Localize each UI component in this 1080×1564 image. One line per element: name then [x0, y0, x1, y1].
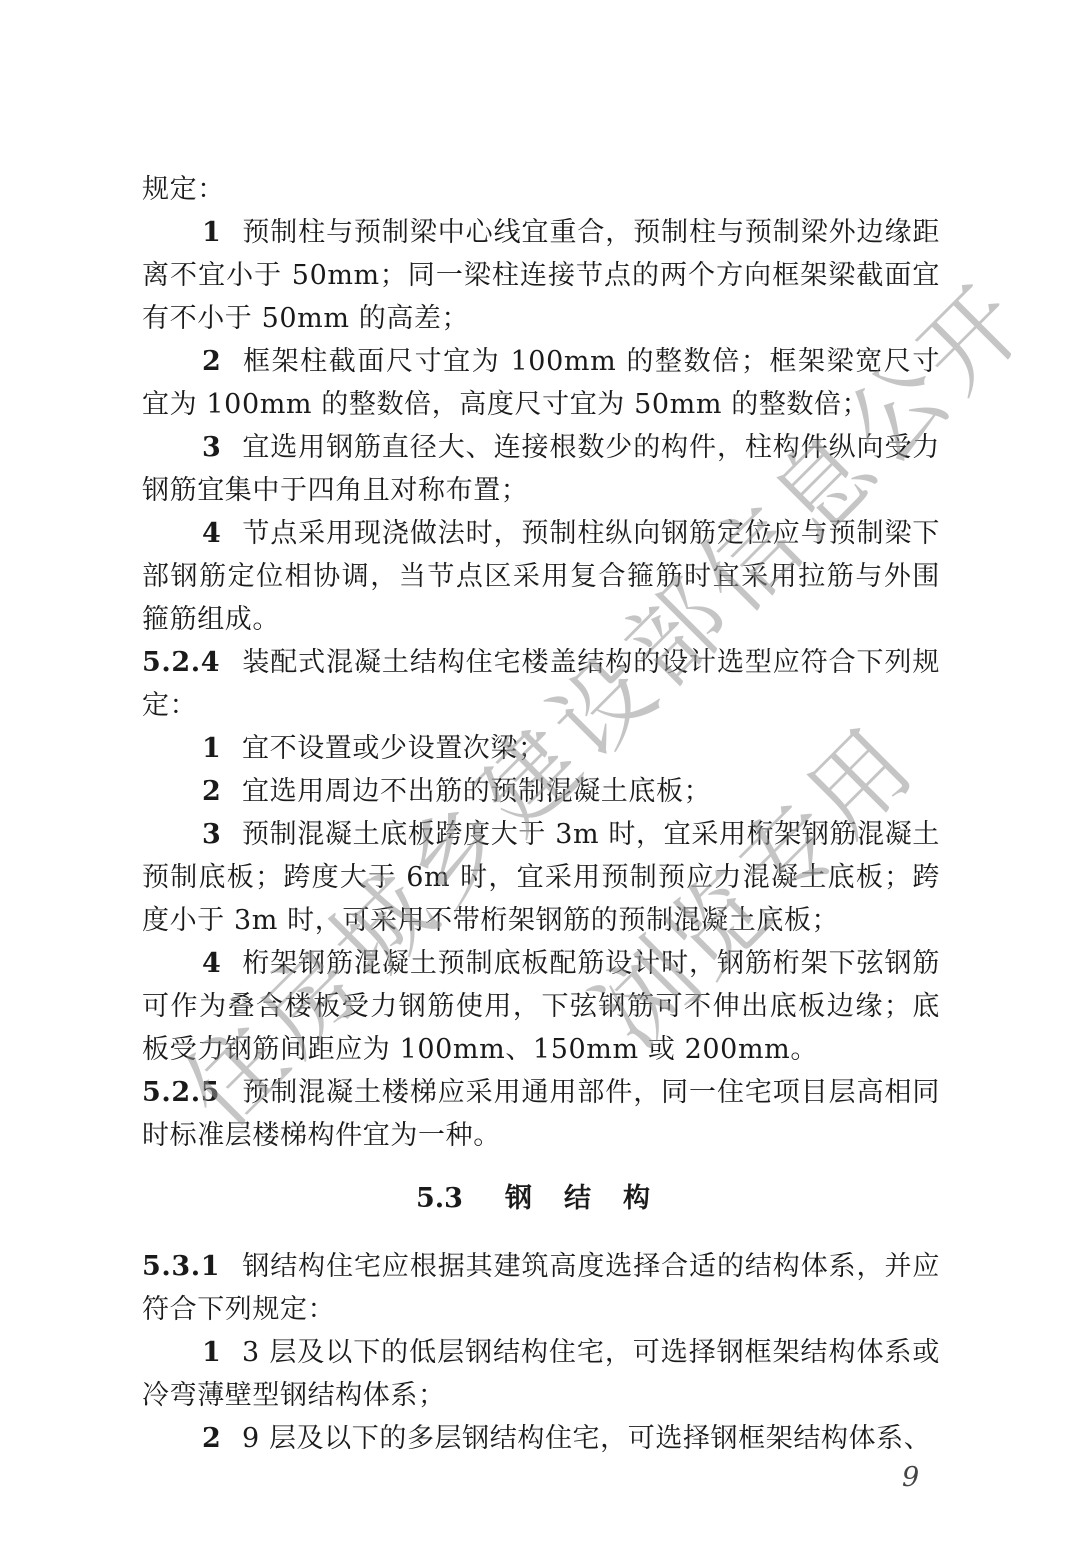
paragraph-continuation: 规定： — [142, 168, 940, 211]
list-item: 3宜选用钢筋直径大、连接根数少的构件，柱构件纵向受力钢筋宜集中于四角且对称布置； — [142, 426, 940, 512]
item-text: 预制混凝土底板跨度大于 3m 时，宜采用桁架钢筋混凝土预制底板；跨度大于 6m … — [142, 819, 940, 936]
item-number: 1 — [202, 727, 242, 770]
list-item: 29 层及以下的多层钢结构住宅，可选择钢框架结构体系、 — [142, 1417, 940, 1460]
section-title-char: 钢 — [505, 1177, 532, 1220]
list-item: 1预制柱与预制梁中心线宜重合，预制柱与预制梁外边缘距离不宜小于 50mm；同一梁… — [142, 211, 940, 340]
clause-text: 钢结构住宅应根据其建筑高度选择合适的结构体系，并应符合下列规定： — [142, 1251, 940, 1325]
item-text: 节点采用现浇做法时，预制柱纵向钢筋定位应与预制梁下部钢筋定位相协调，当节点区采用… — [142, 518, 940, 635]
list-item: 4节点采用现浇做法时，预制柱纵向钢筋定位应与预制梁下部钢筋定位相协调，当节点区采… — [142, 512, 940, 641]
section-heading: 5.3钢结构 — [142, 1177, 940, 1220]
list-item: 1宜不设置或少设置次梁； — [142, 727, 940, 770]
item-text: 桁架钢筋混凝土预制底板配筋设计时，钢筋桁架下弦钢筋可作为叠合楼板受力钢筋使用，下… — [142, 948, 940, 1065]
item-text: 宜不设置或少设置次梁； — [242, 733, 546, 764]
list-item: 2框架柱截面尺寸宜为 100mm 的整数倍；框架梁宽尺寸宜为 100mm 的整数… — [142, 340, 940, 426]
list-item: 3预制混凝土底板跨度大于 3m 时，宜采用桁架钢筋混凝土预制底板；跨度大于 6m… — [142, 813, 940, 942]
section-number: 5.3 — [416, 1183, 463, 1214]
list-item: 4桁架钢筋混凝土预制底板配筋设计时，钢筋桁架下弦钢筋可作为叠合楼板受力钢筋使用，… — [142, 942, 940, 1071]
item-text: 宜选用钢筋直径大、连接根数少的构件，柱构件纵向受力钢筋宜集中于四角且对称布置； — [142, 432, 940, 506]
clause-number: 5.2.4 — [142, 641, 242, 684]
document-page: 规定： 1预制柱与预制梁中心线宜重合，预制柱与预制梁外边缘距离不宜小于 50mm… — [0, 0, 1080, 1564]
section-title-char: 结 — [564, 1177, 591, 1220]
item-text: 框架柱截面尺寸宜为 100mm 的整数倍；框架梁宽尺寸宜为 100mm 的整数倍… — [142, 346, 940, 420]
item-number: 3 — [202, 426, 242, 469]
clause: 5.2.4装配式混凝土结构住宅楼盖结构的设计选型应符合下列规定： — [142, 641, 940, 727]
list-item: 13 层及以下的低层钢结构住宅，可选择钢框架结构体系或冷弯薄壁型钢结构体系； — [142, 1331, 940, 1417]
page-number: 9 — [902, 1462, 919, 1493]
body-text: 规定： 1预制柱与预制梁中心线宜重合，预制柱与预制梁外边缘距离不宜小于 50mm… — [142, 168, 940, 1460]
clause-number: 5.2.5 — [142, 1071, 242, 1114]
item-number: 1 — [202, 211, 242, 254]
clause: 5.2.5预制混凝土楼梯应采用通用部件，同一住宅项目层高相同时标准层楼梯构件宜为… — [142, 1071, 940, 1157]
item-number: 3 — [202, 813, 242, 856]
item-number: 2 — [202, 770, 242, 813]
item-number: 2 — [202, 340, 242, 383]
item-text: 9 层及以下的多层钢结构住宅，可选择钢框架结构体系、 — [242, 1423, 931, 1454]
item-number: 1 — [202, 1331, 242, 1374]
paragraph-text: 规定： — [142, 174, 225, 205]
clause-text: 装配式混凝土结构住宅楼盖结构的设计选型应符合下列规定： — [142, 647, 940, 721]
item-number: 2 — [202, 1417, 242, 1460]
item-number: 4 — [202, 512, 242, 555]
item-text: 预制柱与预制梁中心线宜重合，预制柱与预制梁外边缘距离不宜小于 50mm；同一梁柱… — [142, 217, 940, 334]
list-item: 2宜选用周边不出筋的预制混凝土底板； — [142, 770, 940, 813]
item-text: 3 层及以下的低层钢结构住宅，可选择钢框架结构体系或冷弯薄壁型钢结构体系； — [142, 1337, 940, 1411]
clause-text: 预制混凝土楼梯应采用通用部件，同一住宅项目层高相同时标准层楼梯构件宜为一种。 — [142, 1077, 940, 1151]
item-number: 4 — [202, 942, 242, 985]
section-title-char: 构 — [623, 1177, 650, 1220]
item-text: 宜选用周边不出筋的预制混凝土底板； — [242, 776, 711, 807]
clause-number: 5.3.1 — [142, 1245, 242, 1288]
clause: 5.3.1钢结构住宅应根据其建筑高度选择合适的结构体系，并应符合下列规定： — [142, 1245, 940, 1331]
